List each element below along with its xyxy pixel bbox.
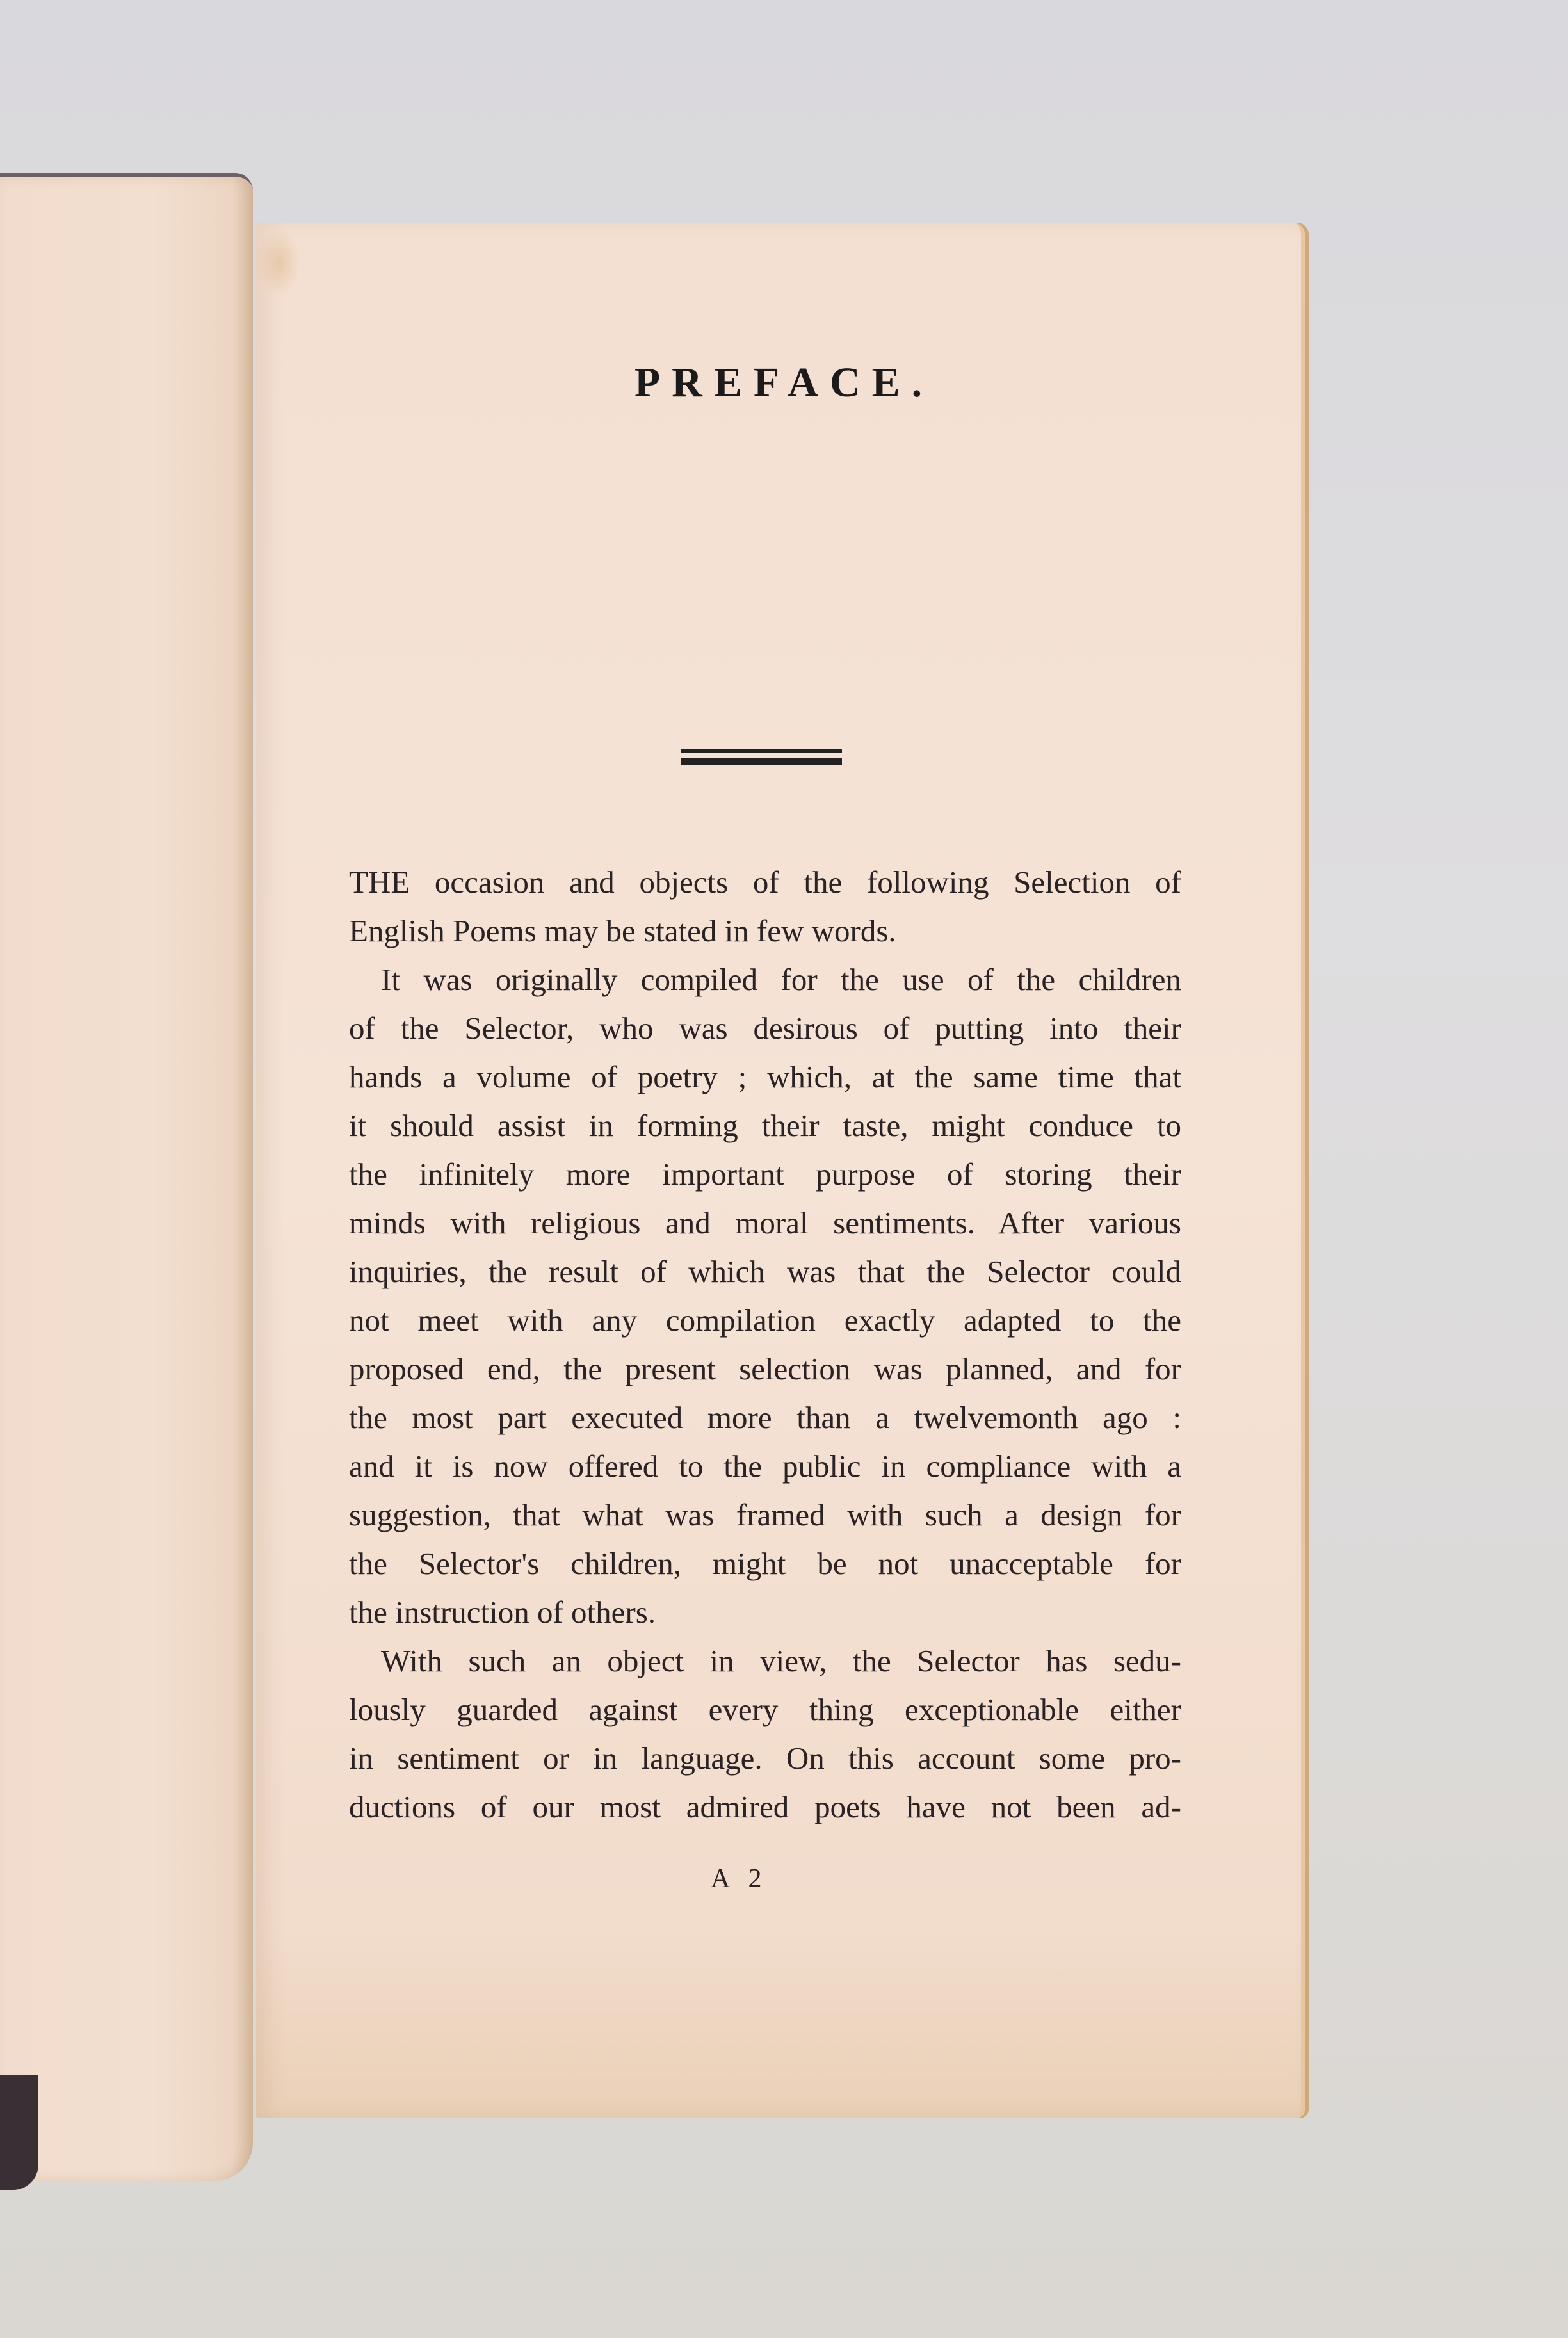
text-line: the infinitely more important purpose of… (349, 1150, 1181, 1199)
text-line: With such an object in view, the Selecto… (349, 1637, 1181, 1685)
text-line: minds with religious and moral sentiment… (349, 1199, 1181, 1247)
text-line: inquiries, the result of which was that … (349, 1247, 1181, 1296)
paragraph-1: THE occasion and objects of the followin… (349, 858, 1181, 955)
book-cover-edge (0, 2075, 38, 2190)
text-line: the Selector's children, might be not un… (349, 1539, 1181, 1588)
text-line: THE occasion and objects of the followin… (349, 858, 1181, 907)
gutter-tear (256, 227, 301, 298)
text-line: English Poems may be stated in few words… (349, 907, 1181, 955)
left-page (0, 173, 253, 2181)
text-line: proposed end, the present selection was … (349, 1345, 1181, 1393)
title-rule-thick (681, 758, 842, 765)
text-line: in sentiment or in language. On this acc… (349, 1734, 1181, 1783)
text-line: hands a volume of poetry ; which, at the… (349, 1053, 1181, 1101)
signature-mark: A 2 (711, 1863, 768, 1894)
text-line: it should assist in forming their taste,… (349, 1101, 1181, 1150)
text-line: the instruction of others. (349, 1588, 1181, 1637)
text-line: of the Selector, who was desirous of put… (349, 1004, 1181, 1053)
text-line: the most part executed more than a twelv… (349, 1393, 1181, 1442)
text-line: and it is now offered to the public in c… (349, 1442, 1181, 1491)
paragraph-2: It was originally compiled for the use o… (349, 955, 1181, 1637)
text-line: not meet with any compilation exactly ad… (349, 1296, 1181, 1345)
preface-body: THE occasion and objects of the followin… (349, 858, 1181, 1831)
text-line: ductions of our most admired poets have … (349, 1783, 1181, 1831)
text-line: suggestion, that what was framed with su… (349, 1491, 1181, 1539)
text-line: It was originally compiled for the use o… (349, 955, 1181, 1004)
page-title: PREFACE. (0, 359, 1568, 407)
paragraph-3: With such an object in view, the Selecto… (349, 1637, 1181, 1831)
title-rule-thin (681, 749, 842, 753)
text-line: lously guarded against every thing excep… (349, 1685, 1181, 1734)
